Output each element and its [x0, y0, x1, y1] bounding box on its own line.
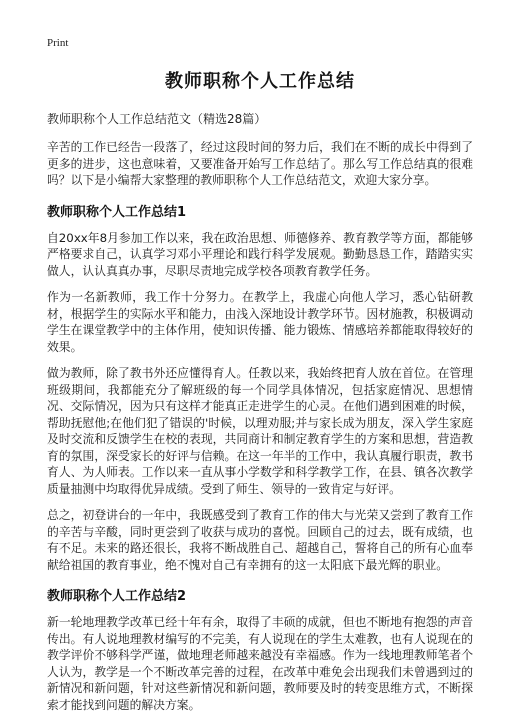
section-1-paragraph-1: 自20xx年8月参加工作以来，我在政治思想、师德修养、教育教学等方面，都能够严格… [47, 230, 473, 280]
section-1-heading: 教师职称个人工作总结1 [47, 201, 473, 220]
document-subtitle: 教师职称个人工作总结范文（精选28篇） [47, 110, 473, 127]
document-page: Print 教师职称个人工作总结 教师职称个人工作总结范文（精选28篇） 辛苦的… [0, 0, 520, 718]
section-1-paragraph-2: 作为一名新教师，我工作十分努力。在教学上，我虚心向他人学习，悉心钻研教材，根据学… [47, 289, 473, 355]
section-2-paragraph-1: 新一轮地理教学改革已经十年有余，取得了丰硕的成就，但也不断地有抱怨的声音传出。有… [47, 614, 473, 713]
section-1-paragraph-3: 做为教师，除了教书外还应懂得育人。任教以来，我始终把育人放在首位。在管理班级期间… [47, 365, 473, 497]
print-link[interactable]: Print [47, 37, 68, 49]
page-title: 教师职称个人工作总结 [47, 67, 473, 93]
intro-paragraph: 辛苦的工作已经告一段落了，经过这段时间的努力后，我们在不断的成长中得到了更多的进… [47, 139, 473, 189]
section-1-paragraph-4: 总之，初登讲台的一年中，我既感受到了教育工作的伟大与光荣又尝到了教育工作的辛苦与… [47, 507, 473, 573]
section-2-heading: 教师职称个人工作总结2 [47, 585, 473, 604]
